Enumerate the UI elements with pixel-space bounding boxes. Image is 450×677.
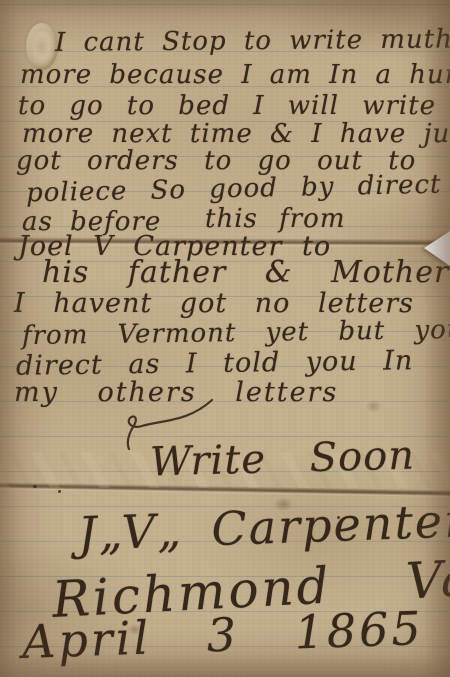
signature-name: J„V„ Carpenter — [77, 493, 450, 561]
embossed-seal-figure — [33, 33, 50, 58]
closing-write-soon: Write Soon — [149, 433, 415, 486]
letter-line-7b: this from — [205, 204, 345, 234]
ink-dot — [33, 485, 37, 488]
letter-line-9: his father & Mother — [42, 255, 449, 290]
letter-line-3: to go to bed I will write — [18, 91, 436, 121]
letter-scan: I cant Stop to write muthch more because… — [0, 0, 450, 677]
letter-line-2: more because I am In a hury — [20, 60, 450, 90]
letter-line-4: more next time & I have just — [22, 119, 450, 149]
letter-line-1: I cant Stop to write muthch — [55, 24, 450, 58]
ink-dot — [58, 490, 61, 493]
letter-line-10: I havent got no letters — [14, 288, 414, 319]
